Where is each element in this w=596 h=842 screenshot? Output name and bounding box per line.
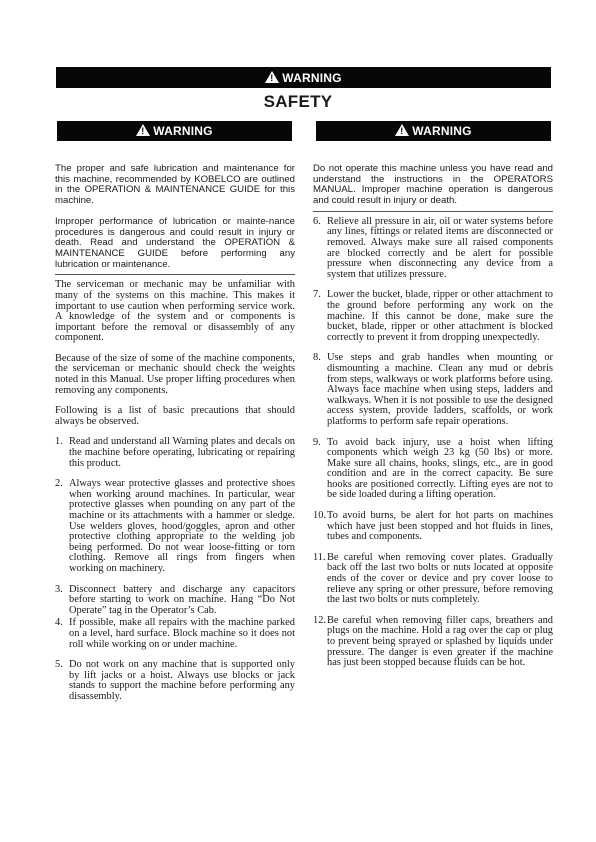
item-number: 7. (313, 290, 327, 343)
precaution-item: 3. Disconnect battery and discharge any … (55, 585, 295, 617)
warning-triangle-icon (265, 71, 279, 83)
top-warning-banner: WARNING (56, 67, 551, 88)
precaution-item: 5. Do not work on any machine that is su… (55, 660, 295, 702)
item-text: Disconnect battery and discharge any cap… (69, 585, 295, 617)
precautions-intro: Following is a list of basic precautions… (55, 406, 295, 427)
right-warning-banner: WARNING (316, 121, 551, 141)
item-number: 6. (313, 217, 327, 281)
item-text: To avoid back injury, use a hoist when l… (327, 438, 553, 502)
operators-manual-warning: Do not operate this machine unless you h… (313, 164, 553, 207)
precaution-item: 1. Read and understand all Warning plate… (55, 437, 295, 469)
item-number: 12. (313, 616, 327, 669)
item-text: Be careful when removing cover plates. G… (327, 553, 553, 606)
item-text: Be careful when removing filler caps, br… (327, 616, 553, 669)
item-number: 11. (313, 553, 327, 606)
item-number: 9. (313, 438, 327, 502)
serviceman-paragraph: The serviceman or mechanic may be unfami… (55, 280, 295, 344)
precaution-item: 2. Always wear protective glasses and pr… (55, 479, 295, 574)
right-warning-label: WARNING (412, 124, 471, 138)
item-text: Relieve all pressure in air, oil or wate… (327, 217, 553, 281)
left-warning-banner: WARNING (57, 121, 292, 141)
item-number: 4. (55, 618, 69, 650)
lubrication-warning: Improper performance of lubrication or m… (55, 217, 295, 271)
item-text: If possible, make all repairs with the m… (69, 618, 295, 650)
item-text: Do not work on any machine that is suppo… (69, 660, 295, 702)
precaution-item: 10. To avoid burns, be alert for hot par… (313, 511, 553, 543)
precaution-item: 4. If possible, make all repairs with th… (55, 618, 295, 650)
precaution-item: 11. Be careful when removing cover plate… (313, 553, 553, 606)
left-column: The proper and safe lubrication and main… (55, 164, 295, 713)
section-divider (313, 211, 553, 212)
item-number: 10. (313, 511, 327, 543)
item-number: 1. (55, 437, 69, 469)
item-text: Always wear protective glasses and prote… (69, 479, 295, 574)
top-warning-label: WARNING (282, 71, 341, 85)
warning-triangle-icon (136, 124, 150, 136)
precaution-item: 9. To avoid back injury, use a hoist whe… (313, 438, 553, 502)
left-warning-label: WARNING (153, 124, 212, 138)
section-divider (55, 274, 295, 275)
precaution-item: 6. Relieve all pressure in air, oil or w… (313, 217, 553, 281)
precaution-item: 7. Lower the bucket, blade, ripper or ot… (313, 290, 553, 343)
lubrication-intro: The proper and safe lubrication and main… (55, 164, 295, 207)
weights-paragraph: Because of the size of some of the machi… (55, 354, 295, 396)
item-number: 3. (55, 585, 69, 617)
page-title: SAFETY (0, 92, 596, 112)
item-number: 8. (313, 353, 327, 427)
item-number: 2. (55, 479, 69, 574)
item-text: Read and understand all Warning plates a… (69, 437, 295, 469)
precaution-item: 8. Use steps and grab handles when mount… (313, 353, 553, 427)
right-column: Do not operate this machine unless you h… (313, 164, 553, 679)
precaution-item: 12. Be careful when removing filler caps… (313, 616, 553, 669)
item-text: Use steps and grab handles when mounting… (327, 353, 553, 427)
warning-triangle-icon (395, 124, 409, 136)
item-text: To avoid burns, be alert for hot parts o… (327, 511, 553, 543)
item-text: Lower the bucket, blade, ripper or other… (327, 290, 553, 343)
item-number: 5. (55, 660, 69, 702)
